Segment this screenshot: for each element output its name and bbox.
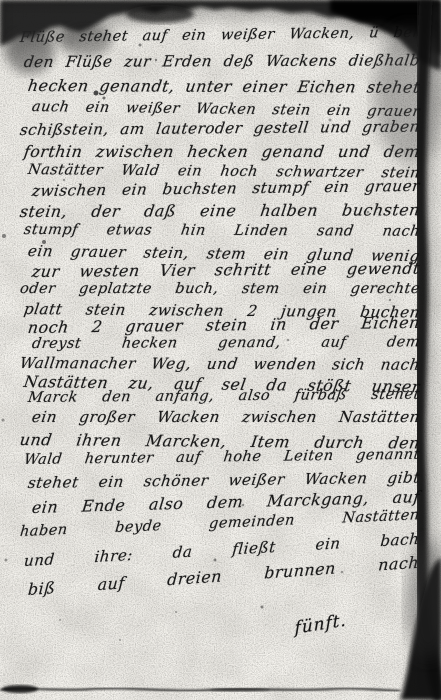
manuscript-line: dreyst hecken genand, auf dem	[31, 334, 421, 352]
manuscript-line: Marck den anfang, also fürbaß stehet	[27, 387, 421, 406]
manuscript-line: hecken genandt, unter einer Eichen stehe…	[27, 76, 422, 97]
manuscript-line: zwischen ein buchsten stumpf ein grauer	[31, 177, 421, 200]
manuscript-line: ein großer Wacken zwischen Nastätten	[31, 408, 422, 426]
manuscript-line: Flüße stehet auf ein weißer Wacken, ü be…	[19, 25, 421, 46]
manuscript-line: oder geplatzte buch, stem ein gerechte	[19, 281, 421, 297]
manuscript-line: noch 2 grauer stein in der Eichen	[27, 313, 421, 337]
manuscript-lines: Flüße stehet auf ein weißer Wacken, ü be…	[0, 0, 441, 700]
manuscript-line: Wald herunter auf hohe Leiten genannt	[23, 447, 421, 468]
manuscript-line: stein, der daß eine halben buchsten	[19, 200, 422, 221]
manuscript-line: auch ein weißer Wacken stein ein grauer	[31, 99, 421, 120]
manuscript-line: stumpf etwas hin Linden sand nach	[23, 222, 421, 240]
manuscript-line: forthin zwischen hecken genand und dem	[23, 142, 422, 161]
manuscript-line: Wallmanacher Weg, und wenden sich nach	[19, 354, 422, 374]
manuscript-line: schißstein, am lauteroder gestell und gr…	[19, 117, 421, 139]
manuscript-line: den Flüße zur Erden deß Wackens dießhalb	[23, 51, 421, 71]
manuscript-line: zur westen Vier schritt eine gewendt	[31, 259, 421, 281]
manuscript-page: Flüße stehet auf ein weißer Wacken, ü be…	[0, 0, 441, 700]
